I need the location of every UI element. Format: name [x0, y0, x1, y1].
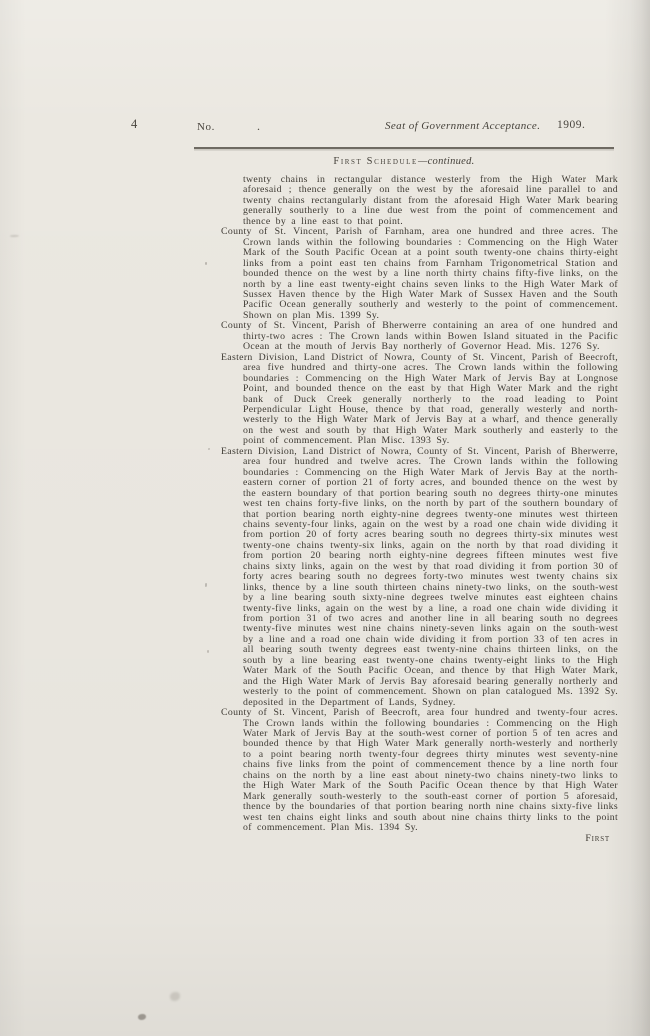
schedule-heading: First Schedule—continued.: [194, 156, 614, 167]
margin-speck: [10, 235, 19, 237]
schedule-heading-main: First Schedule: [333, 156, 418, 167]
ink-smudge: [138, 1014, 146, 1020]
margin-speck: [207, 650, 209, 653]
running-header-issue-label: No.: [197, 121, 215, 133]
paragraph-beecroft-531: Eastern Division, Land District of Nowra…: [221, 353, 618, 447]
paragraph-continuation: twenty chains in rectangular distance we…: [221, 175, 618, 227]
margin-speck: [205, 583, 207, 587]
running-header-issue-dot: .: [257, 119, 260, 134]
margin-speck: [205, 262, 207, 265]
paragraph-farnham: County of St. Vincent, Parish of Farnham…: [221, 227, 618, 321]
scanned-gazette-page: 4 No. . Seat of Government Acceptance. 1…: [0, 0, 650, 1036]
paragraph-bherwerre-412: Eastern Division, Land District of Nowra…: [221, 447, 618, 708]
ink-smudge: [170, 992, 180, 1001]
schedule-heading-continued: —continued.: [418, 156, 475, 167]
page-number: 4: [131, 117, 137, 132]
paragraph-bherwerre-bowen-island: County of St. Vincent, Parish of Bherwer…: [221, 321, 618, 352]
header-rule: [194, 147, 614, 149]
page-edge-shadow: [630, 0, 650, 1036]
catchword: First: [221, 834, 618, 844]
running-header-title: Seat of Government Acceptance.: [385, 120, 540, 132]
running-header-year: 1909.: [557, 119, 585, 131]
margin-speck: [208, 448, 210, 450]
paragraph-beecroft-424: County of St. Vincent, Parish of Beecrof…: [221, 708, 618, 833]
body-text-column: twenty chains in rectangular distance we…: [221, 175, 618, 844]
